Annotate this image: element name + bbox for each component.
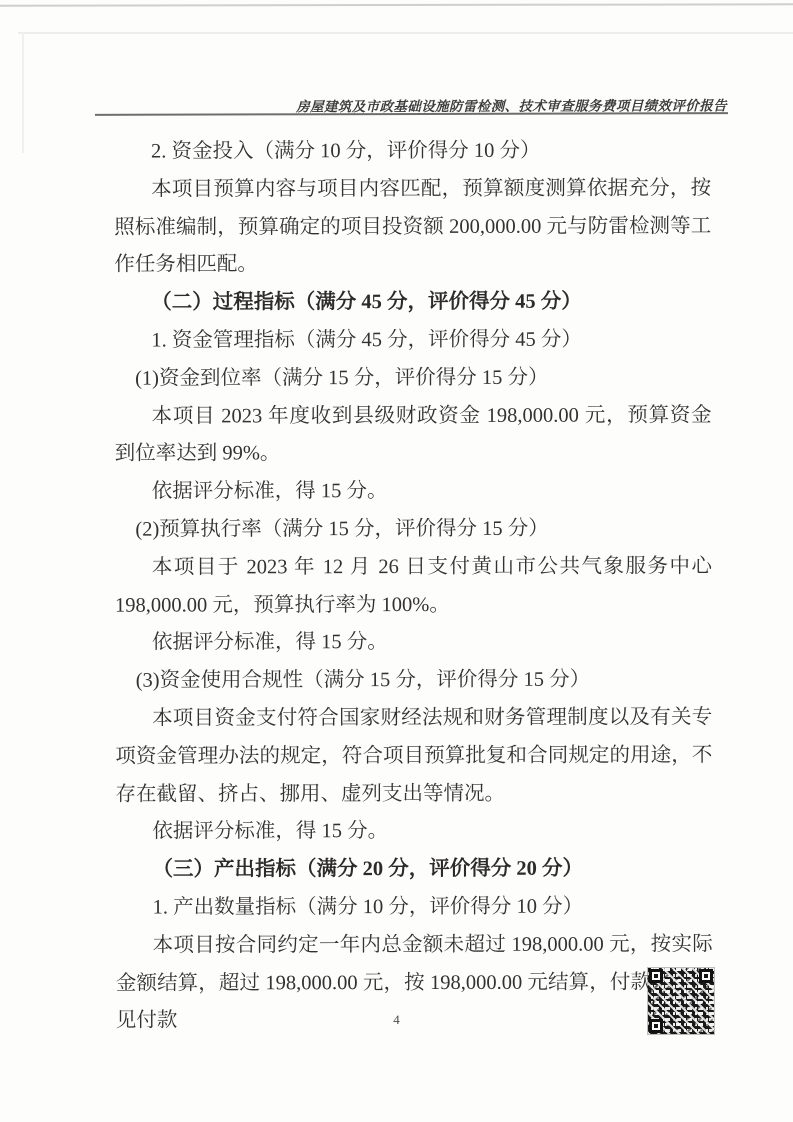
paragraph-budget-execution-rate: (2)预算执行率（满分 15 分，评价得分 15 分） (115, 510, 712, 549)
qr-code-icon (648, 968, 714, 1034)
paragraph-score-note-2: 依据评分标准，得 15 分。 (115, 624, 712, 663)
paragraph-funding-input-heading: 2. 资金投入（满分 10 分，评价得分 10 分） (114, 132, 711, 171)
scanned-report-page: 房屋建筑及市政基础设施防雷检测、技术审查服务费项目绩效评价报告 2. 资金投入（… (0, 0, 793, 1122)
paragraph-score-note-3: 依据评分标准，得 15 分。 (115, 813, 712, 852)
section-heading-process-indicators: （二）过程指标（满分 45 分，评价得分 45 分） (114, 284, 711, 323)
qr-finder-bottom-left (649, 1019, 663, 1033)
paragraph-fund-compliance-body: 本项目资金支付符合国家财经法规和财务管理制度以及有关专项资金管理办法的规定，符合… (115, 699, 712, 814)
scan-artifact-top-edge (0, 3, 793, 6)
paragraph-fund-management: 1. 资金管理指标（满分 45 分，评价得分 45 分） (114, 321, 711, 360)
paragraph-fund-compliance: (3)资金使用合规性（满分 15 分，评价得分 15 分） (115, 662, 712, 701)
scan-artifact-fold-horizontal (18, 32, 793, 34)
paragraph-score-note-1: 依据评分标准，得 15 分。 (115, 473, 712, 512)
paragraph-funding-input-body: 本项目预算内容与项目内容匹配，预算额度测算依据充分，按照标准编制，预算确定的项目… (114, 170, 711, 285)
section-heading-output-indicators: （三）产出指标（满分 20 分，评价得分 20 分） (116, 851, 713, 890)
paragraph-fund-arrival-rate: (1)资金到位率（满分 15 分，评价得分 15 分） (115, 359, 712, 398)
paragraph-output-quantity: 1. 产出数量指标（满分 10 分，评价得分 10 分） (116, 888, 713, 927)
paragraph-budget-execution-body: 本项目于 2023 年 12 月 26 日支付黄山市公共气象服务中心 198,0… (115, 548, 712, 625)
document-body: 2. 资金投入（满分 10 分，评价得分 10 分） 本项目预算内容与项目内容匹… (114, 132, 713, 1040)
scan-artifact-fold-vertical (22, 33, 24, 153)
qr-finder-top-right (699, 969, 713, 983)
header-rule (95, 112, 728, 116)
paragraph-fund-arrival-body: 本项目 2023 年度收到县级财政资金 198,000.00 元，预算资金到位率… (115, 397, 712, 474)
qr-finder-top-left (649, 969, 663, 983)
